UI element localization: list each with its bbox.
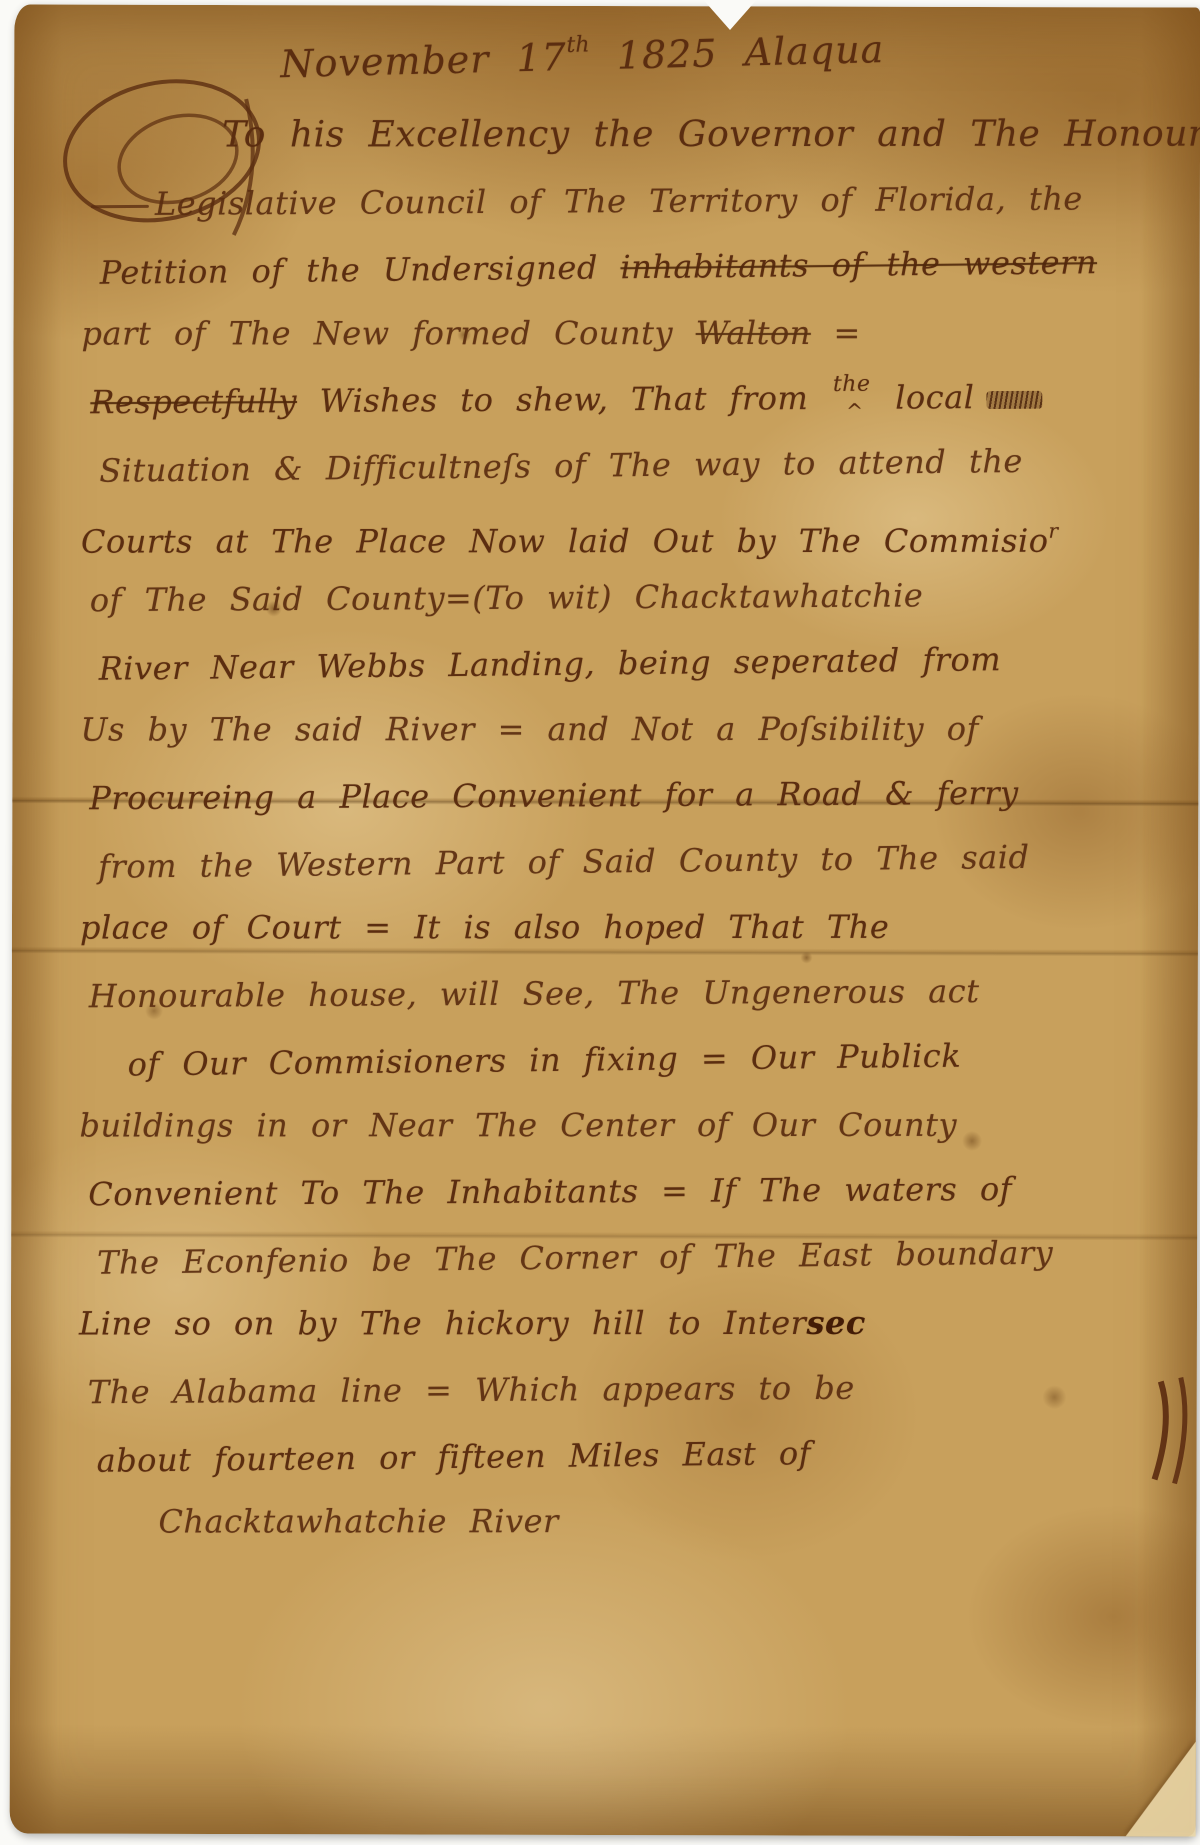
manuscript-line: Honourable house, will See, The Ungenero…	[80, 957, 1190, 1029]
manuscript-lines: To his Excellency the Governor and The H…	[78, 101, 1192, 1556]
overwritten-text: sec	[806, 1304, 865, 1342]
manuscript-line: of The Said County=(To wit) Chacktawhatc…	[81, 561, 1191, 633]
manuscript-line: of Our Commisioners in fixing = Our Publ…	[79, 1020, 1190, 1098]
manuscript-line: Us by The said River = and Not a Poſsibi…	[80, 696, 1190, 763]
scanned-document: November 17th 1825 Alaqua To his Excelle…	[0, 0, 1200, 1845]
manuscript-line: place of Court = It is also hoped That T…	[80, 894, 1190, 961]
manuscript-line: about fourteen or fifteen Miles East of	[78, 1416, 1189, 1494]
heading-ordinal: th	[566, 32, 590, 58]
heading-date: November 17	[280, 35, 568, 86]
manuscript-line: Procureing a Place Convenient for a Road…	[80, 759, 1190, 831]
struck-text: inhabitants of the western	[620, 243, 1097, 286]
manuscript-paper: November 17th 1825 Alaqua To his Excelle…	[10, 4, 1200, 1836]
manuscript-line: Situation & Difficultneſs of The way to …	[81, 426, 1192, 504]
manuscript-line: The Econfenio be The Corner of The East …	[79, 1218, 1190, 1296]
struck-text: Respectfully	[90, 382, 297, 421]
manuscript-line: To his Excellency the Governor and The H…	[82, 102, 1192, 169]
heading-year-place: 1825 Alaqua	[616, 27, 885, 78]
inserted-word: the	[833, 352, 871, 418]
manuscript-line: buildings in or Near The Center of Our C…	[79, 1092, 1189, 1159]
manuscript-line: Chacktawhatchie River	[78, 1488, 1188, 1555]
pen-stroke-marks	[1149, 1375, 1193, 1490]
manuscript-line: Convenient To The Inhabitants = If The w…	[79, 1155, 1189, 1227]
date-place-heading: November 17th 1825 Alaqua	[14, 17, 1200, 93]
superscript-abbreviation: r	[1048, 519, 1058, 543]
corner-fold	[1126, 1741, 1196, 1836]
manuscript-line: Courts at The Place Now laid Out by The …	[81, 498, 1191, 565]
scratched-out-word	[986, 390, 1042, 408]
manuscript-line: The Alabama line = Which appears to be	[79, 1353, 1189, 1425]
lead-flourish-dash	[91, 205, 149, 208]
manuscript-line: Line so on by The hickory hill to Inters…	[79, 1290, 1189, 1357]
manuscript-line: from the Western Part of Said County to …	[80, 822, 1191, 900]
manuscript-line: Legislative Council of The Territory of …	[82, 165, 1192, 237]
torn-edge-notch	[700, 0, 760, 30]
manuscript-line: Petition of the Undersigned inhabitants …	[81, 228, 1192, 306]
manuscript-line: River Near Webbs Landing, being seperate…	[80, 624, 1191, 702]
manuscript-line: Respectfully Wishes to shew, That from t…	[81, 363, 1191, 435]
struck-text: Walton	[696, 314, 811, 352]
manuscript-line: part of The New formed County Walton =	[82, 300, 1192, 367]
